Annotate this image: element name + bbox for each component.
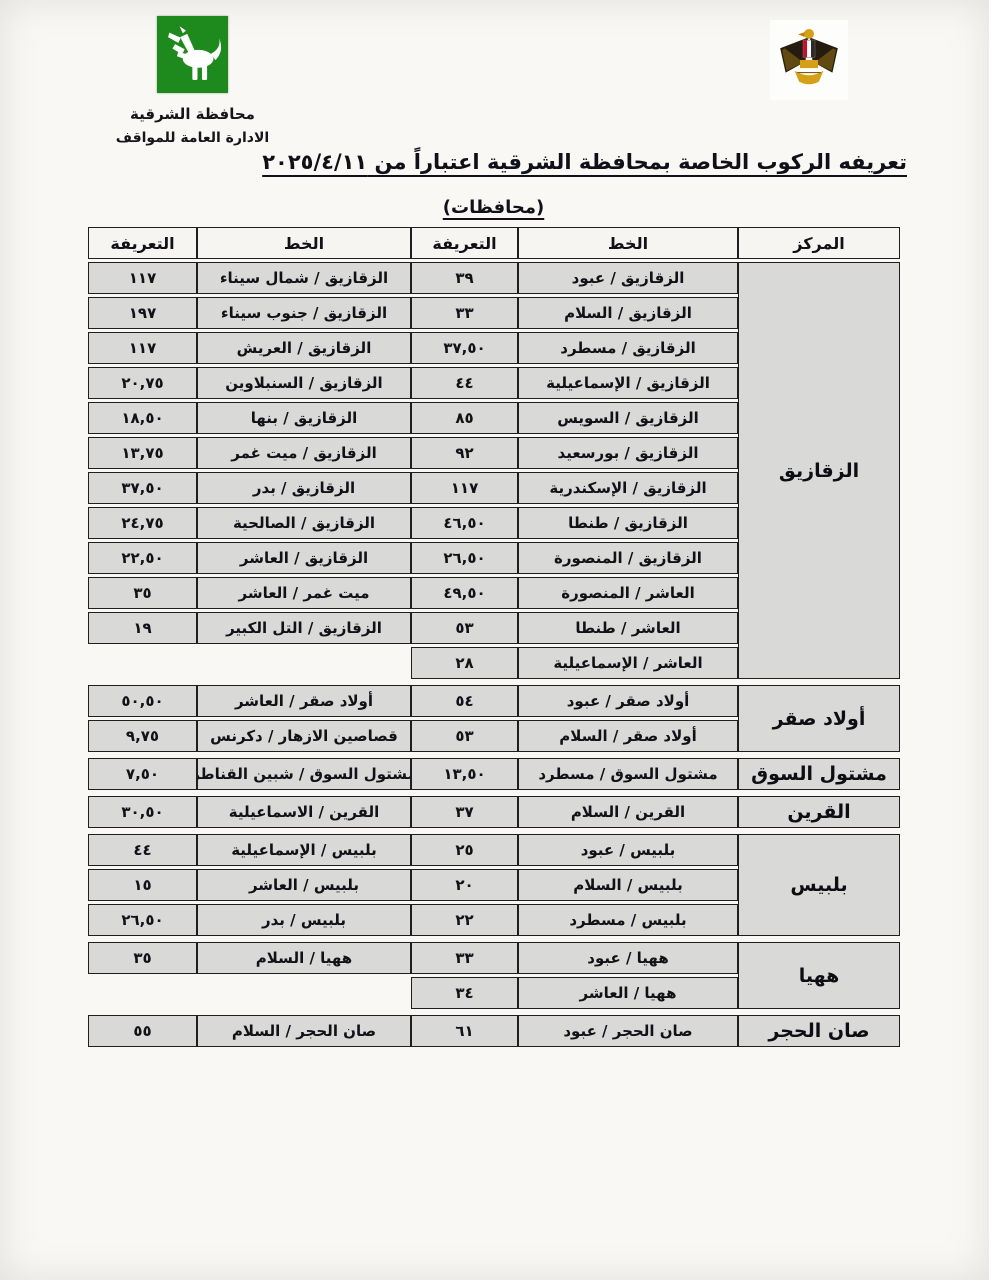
- route-cell: أولاد صقر / العاشر: [197, 685, 411, 717]
- header-fare-a: التعريفة: [411, 227, 518, 259]
- fare-cell: ٣٥: [88, 577, 197, 609]
- table-row: بلبيس / عبود٢٥بلبيس / الإسماعيلية٤٤: [88, 834, 738, 866]
- fare-cell: ١١٧: [411, 472, 518, 504]
- center-cell: الزقازيق: [738, 262, 900, 679]
- fare-table: المركز الخط التعريفة الخط التعريفة الزقا…: [88, 227, 900, 1053]
- fare-cell: ٢٢: [411, 904, 518, 936]
- route-cell: ميت غمر / العاشر: [197, 577, 411, 609]
- route-cell: ههيا / عبود: [518, 942, 738, 974]
- table-row: الزقازيق / الإسكندرية١١٧الزقازيق / بدر٣٧…: [88, 472, 738, 504]
- route-cell: صان الحجر / عبود: [518, 1015, 738, 1047]
- fare-cell: ٣٧,٥٠: [88, 472, 197, 504]
- table-row: القرين / السلام٣٧القرين / الاسماعيلية٣٠,…: [88, 796, 738, 828]
- header-center: المركز: [738, 227, 900, 259]
- table-section: الزقازيقالزقازيق / عبود٣٩الزقازيق / شمال…: [88, 262, 900, 682]
- route-cell: بلبيس / مسطرد: [518, 904, 738, 936]
- route-cell: الزقازيق / بدر: [197, 472, 411, 504]
- fare-cell: ١٣,٧٥: [88, 437, 197, 469]
- fare-cell: ١١٧: [88, 262, 197, 294]
- fare-cell: ٢٥: [411, 834, 518, 866]
- route-cell: الزقازيق / الإسكندرية: [518, 472, 738, 504]
- fare-cell: ١٨,٥٠: [88, 402, 197, 434]
- empty-cell: [88, 647, 411, 679]
- route-cell: صان الحجر / السلام: [197, 1015, 411, 1047]
- fare-cell: ٧,٥٠: [88, 758, 197, 790]
- route-cell: ههيا / السلام: [197, 942, 411, 974]
- fare-cell: ١٥: [88, 869, 197, 901]
- fare-cell: ٣٩: [411, 262, 518, 294]
- route-cell: أولاد صقر / السلام: [518, 720, 738, 752]
- fare-cell: ٣٥: [88, 942, 197, 974]
- table-row: الزقازيق / عبود٣٩الزقازيق / شمال سيناء١١…: [88, 262, 738, 294]
- table-row: ههيا / العاشر٣٤: [88, 977, 738, 1009]
- fare-cell: ٢٠,٧٥: [88, 367, 197, 399]
- route-cell: الزقازيق / الإسماعيلية: [518, 367, 738, 399]
- fare-cell: ٣٧: [411, 796, 518, 828]
- header-route-a: الخط: [518, 227, 738, 259]
- route-cell: الزقازيق / بنها: [197, 402, 411, 434]
- fare-cell: ٥٠,٥٠: [88, 685, 197, 717]
- route-cell: الزقازيق / ميت غمر: [197, 437, 411, 469]
- fare-cell: ٨٥: [411, 402, 518, 434]
- fare-cell: ٩٢: [411, 437, 518, 469]
- fare-cell: ٤٤: [88, 834, 197, 866]
- table-row: بلبيس / مسطرد٢٢بلبيس / بدر٢٦,٥٠: [88, 904, 738, 936]
- route-cell: الزقازيق / السويس: [518, 402, 738, 434]
- route-cell: الزقازيق / السنبلاوين: [197, 367, 411, 399]
- sharqia-horse-logo-icon: [157, 16, 228, 93]
- table-row: الزقازيق / السلام٣٣الزقازيق / جنوب سيناء…: [88, 297, 738, 329]
- egypt-eagle-emblem-icon: [770, 20, 848, 100]
- fare-cell: ١٩: [88, 612, 197, 644]
- fare-cell: ٢٦,٥٠: [88, 904, 197, 936]
- fare-cell: ٤٤: [411, 367, 518, 399]
- table-row: العاشر / طنطا٥٣الزقازيق / التل الكبير١٩: [88, 612, 738, 644]
- route-cell: الزقازيق / شمال سيناء: [197, 262, 411, 294]
- route-cell: الزقازيق / مسطرد: [518, 332, 738, 364]
- route-cell: مشتول السوق / شبين القناطر: [197, 758, 411, 790]
- table-row: الزقازيق / بورسعيد٩٢الزقازيق / ميت غمر١٣…: [88, 437, 738, 469]
- table-row: أولاد صقر / عبود٥٤أولاد صقر / العاشر٥٠,٥…: [88, 685, 738, 717]
- table-section: بلبيسبلبيس / عبود٢٥بلبيس / الإسماعيلية٤٤…: [88, 834, 900, 939]
- fare-cell: ٢٢,٥٠: [88, 542, 197, 574]
- fare-cell: ٣٧,٥٠: [411, 332, 518, 364]
- fare-cell: ١٩٧: [88, 297, 197, 329]
- fare-cell: ١٣,٥٠: [411, 758, 518, 790]
- table-section: أولاد صقرأولاد صقر / عبود٥٤أولاد صقر / ا…: [88, 685, 900, 755]
- document-subtitle: (محافظات): [88, 197, 899, 218]
- route-cell: ههيا / العاشر: [518, 977, 738, 1009]
- route-cell: بلبيس / العاشر: [197, 869, 411, 901]
- fare-cell: ٤٩,٥٠: [411, 577, 518, 609]
- table-row: صان الحجر / عبود٦١صان الحجر / السلام٥٥: [88, 1015, 738, 1047]
- table-section: ههياههيا / عبود٣٣ههيا / السلام٣٥ههيا / ا…: [88, 942, 900, 1012]
- route-cell: القرين / السلام: [518, 796, 738, 828]
- table-row: العاشر / المنصورة٤٩,٥٠ميت غمر / العاشر٣٥: [88, 577, 738, 609]
- fare-table-body: الزقازيقالزقازيق / عبود٣٩الزقازيق / شمال…: [88, 262, 900, 1050]
- document-title: تعريفه الركوب الخاصة بمحافظة الشرقية اعت…: [60, 150, 907, 174]
- fare-cell: ٣٣: [411, 942, 518, 974]
- table-row: ههيا / عبود٣٣ههيا / السلام٣٥: [88, 942, 738, 974]
- route-cell: الزقازيق / بورسعيد: [518, 437, 738, 469]
- table-section: القرينالقرين / السلام٣٧القرين / الاسماعي…: [88, 796, 900, 831]
- route-cell: الزقازيق / طنطا: [518, 507, 738, 539]
- fare-cell: ٥٤: [411, 685, 518, 717]
- table-section: صان الحجرصان الحجر / عبود٦١صان الحجر / ا…: [88, 1015, 900, 1050]
- route-cell: الزقازيق / عبود: [518, 262, 738, 294]
- fare-cell: ٤٦,٥٠: [411, 507, 518, 539]
- header-fare-b: التعريفة: [88, 227, 197, 259]
- fare-cell: ٣٤: [411, 977, 518, 1009]
- table-row: الزقازيق / المنصورة٢٦,٥٠الزقازيق / العاش…: [88, 542, 738, 574]
- route-cell: مشتول السوق / مسطرد: [518, 758, 738, 790]
- route-cell: العاشر / الإسماعيلية: [518, 647, 738, 679]
- empty-cell: [88, 977, 411, 1009]
- table-row: الزقازيق / الإسماعيلية٤٤الزقازيق / السنب…: [88, 367, 738, 399]
- fare-cell: ٣٣: [411, 297, 518, 329]
- table-header-row: المركز الخط التعريفة الخط التعريفة: [88, 227, 900, 259]
- route-cell: العاشر / المنصورة: [518, 577, 738, 609]
- fare-cell: ٢٦,٥٠: [411, 542, 518, 574]
- table-section: مشتول السوقمشتول السوق / مسطرد١٣,٥٠مشتول…: [88, 758, 900, 793]
- fare-cell: ٥٥: [88, 1015, 197, 1047]
- fare-cell: ٢٤,٧٥: [88, 507, 197, 539]
- table-row: مشتول السوق / مسطرد١٣,٥٠مشتول السوق / شب…: [88, 758, 738, 790]
- route-cell: الزقازيق / جنوب سيناء: [197, 297, 411, 329]
- table-row: الزقازيق / السويس٨٥الزقازيق / بنها١٨,٥٠: [88, 402, 738, 434]
- table-row: الزقازيق / مسطرد٣٧,٥٠الزقازيق / العريش١١…: [88, 332, 738, 364]
- route-cell: بلبيس / بدر: [197, 904, 411, 936]
- center-cell: بلبيس: [738, 834, 900, 936]
- route-cell: الزقازيق / العاشر: [197, 542, 411, 574]
- route-cell: القرين / الاسماعيلية: [197, 796, 411, 828]
- center-cell: مشتول السوق: [738, 758, 900, 790]
- fare-cell: ٦١: [411, 1015, 518, 1047]
- route-cell: الزقازيق / السلام: [518, 297, 738, 329]
- fare-cell: ٥٣: [411, 612, 518, 644]
- org-name: محافظة الشرقية: [100, 105, 285, 123]
- fare-cell: ٩,٧٥: [88, 720, 197, 752]
- route-cell: بلبيس / عبود: [518, 834, 738, 866]
- center-cell: أولاد صقر: [738, 685, 900, 752]
- center-cell: القرين: [738, 796, 900, 828]
- table-row: بلبيس / السلام٢٠بلبيس / العاشر١٥: [88, 869, 738, 901]
- center-cell: ههيا: [738, 942, 900, 1009]
- route-cell: قصاصين الازهار / دكرنس: [197, 720, 411, 752]
- fare-cell: ١١٧: [88, 332, 197, 364]
- org-department: الادارة العامة للمواقف: [100, 130, 285, 146]
- route-cell: الزقازيق / التل الكبير: [197, 612, 411, 644]
- fare-cell: ٢٨: [411, 647, 518, 679]
- route-cell: الزقازيق / المنصورة: [518, 542, 738, 574]
- table-row: أولاد صقر / السلام٥٣قصاصين الازهار / دكر…: [88, 720, 738, 752]
- route-cell: بلبيس / الإسماعيلية: [197, 834, 411, 866]
- table-row: الزقازيق / طنطا٤٦,٥٠الزقازيق / الصالحية٢…: [88, 507, 738, 539]
- route-cell: أولاد صقر / عبود: [518, 685, 738, 717]
- route-cell: الزقازيق / الصالحية: [197, 507, 411, 539]
- subtitle-text: (محافظات): [443, 197, 545, 218]
- route-cell: الزقازيق / العريش: [197, 332, 411, 364]
- fare-cell: ٥٣: [411, 720, 518, 752]
- scanned-document-page: محافظة الشرقية الادارة العامة للمواقف تع…: [0, 0, 989, 1280]
- fare-cell: ٢٠: [411, 869, 518, 901]
- header-route-b: الخط: [197, 227, 411, 259]
- table-row: العاشر / الإسماعيلية٢٨: [88, 647, 738, 679]
- route-cell: بلبيس / السلام: [518, 869, 738, 901]
- route-cell: العاشر / طنطا: [518, 612, 738, 644]
- fare-cell: ٣٠,٥٠: [88, 796, 197, 828]
- center-cell: صان الحجر: [738, 1015, 900, 1047]
- organization-block: محافظة الشرقية الادارة العامة للمواقف: [100, 16, 285, 146]
